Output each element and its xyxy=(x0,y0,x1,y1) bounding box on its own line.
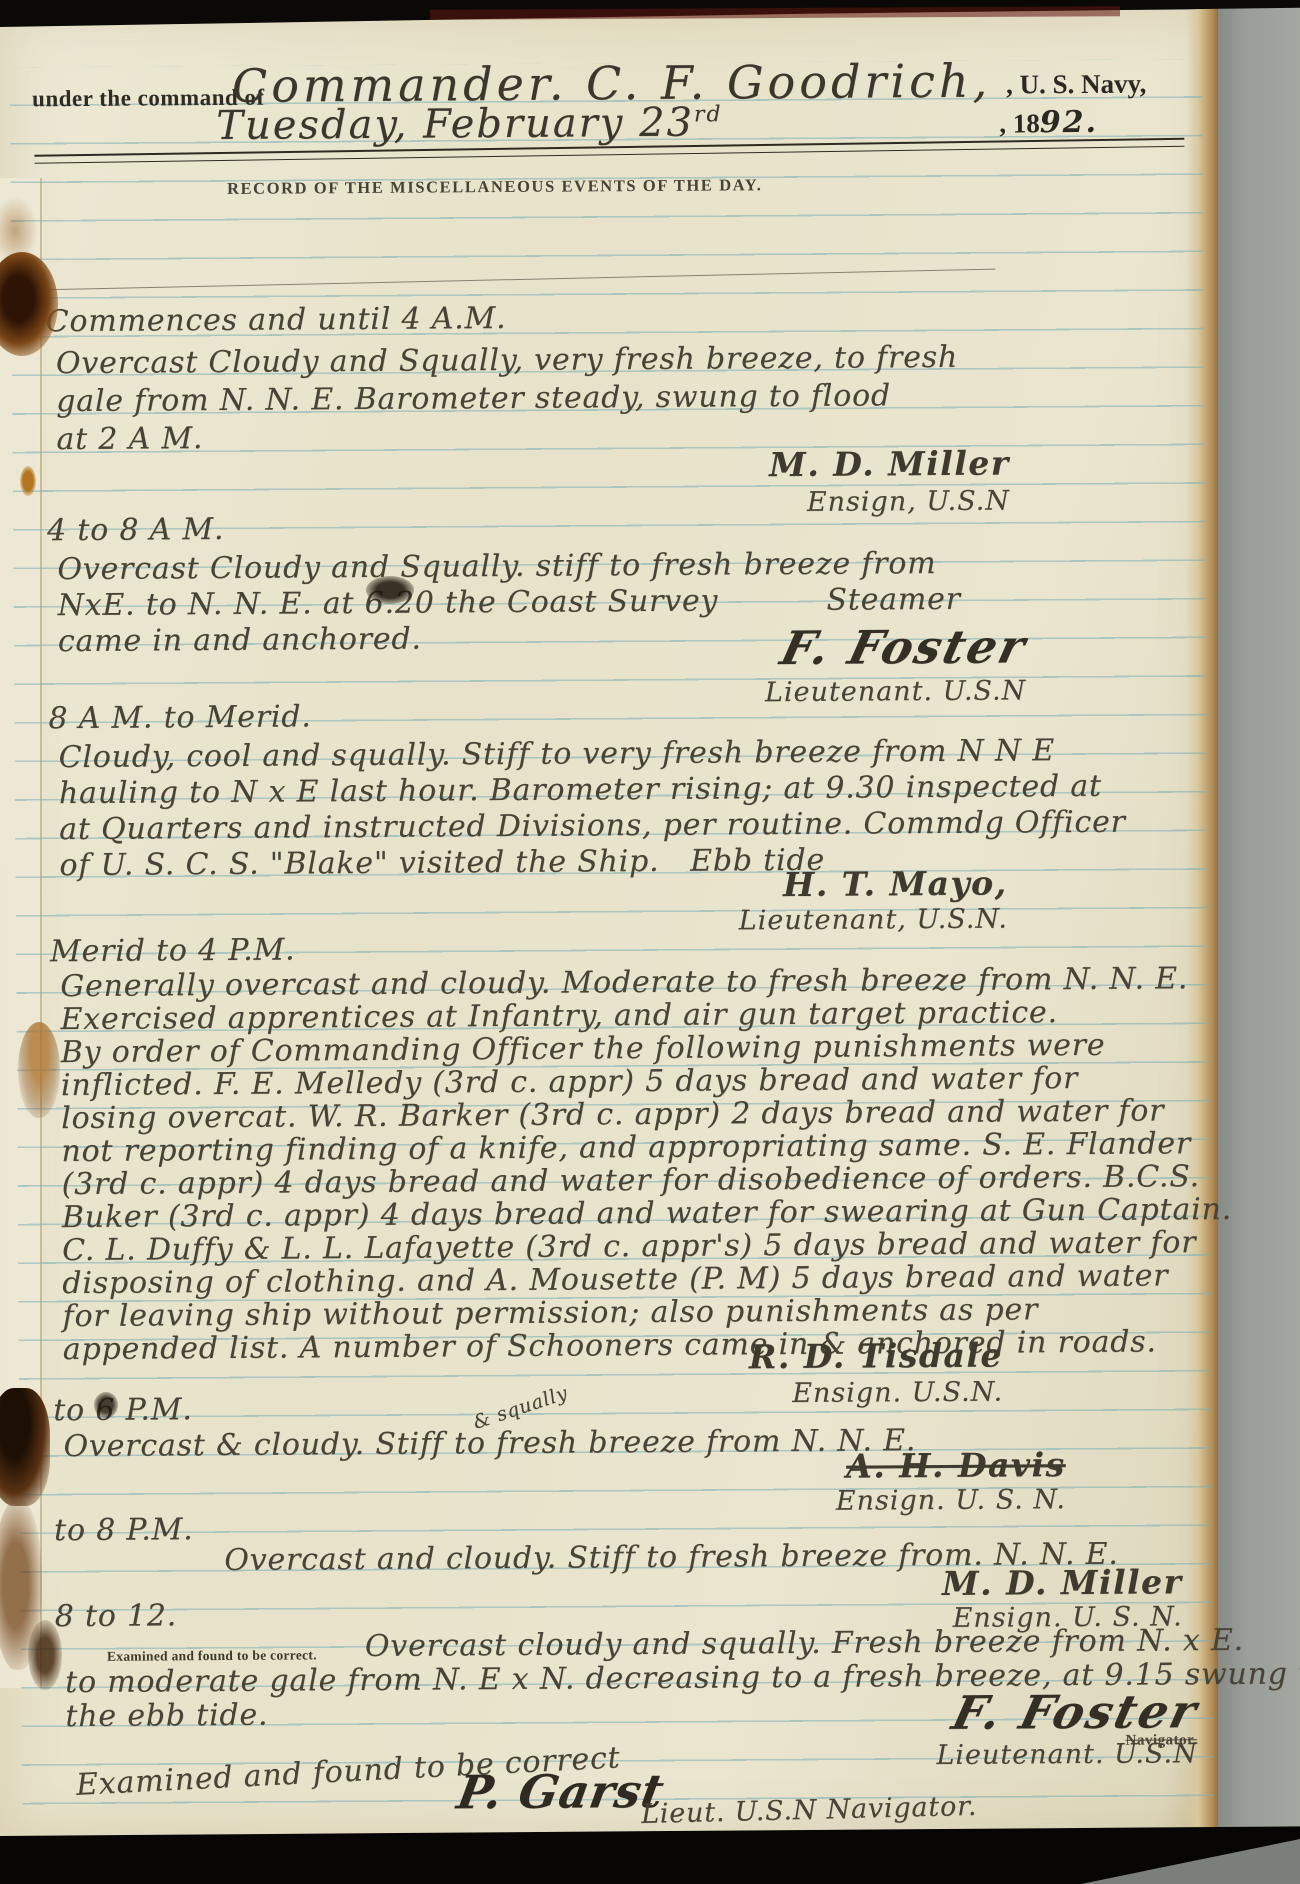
log-entry-8am-merid: 8 A M. to Merid. Cloudy, cool and squall… xyxy=(48,696,1219,884)
date-text: Tuesday, February 23 xyxy=(216,100,694,149)
scanned-logbook-page: under the command of Commander. C. F. Go… xyxy=(0,0,1300,1884)
entry-lines: Generally overcast and cloudy. Moderate … xyxy=(60,962,1223,1366)
signature-name: R. D. Tisdale xyxy=(749,1336,1003,1377)
entry-heading: Commences and until 4 A.M. xyxy=(46,299,1216,337)
navy-suffix: , U. S. Navy, xyxy=(1006,69,1146,101)
signature-foster-night: F. Foster Lieutenant. U.S.N xyxy=(936,1684,1198,1771)
signature-name: H. T. Mayo, xyxy=(738,864,1007,905)
date-ordinal: rd xyxy=(694,102,723,127)
signature-foster-morning: F. Foster Lieutenant. U.S.N xyxy=(764,619,1026,708)
footer-signature-garst: P. Garst xyxy=(453,1764,668,1820)
entry-lines: Cloudy, cool and squally. Stiff to very … xyxy=(59,732,1220,884)
entry-line: appended list. A number of Schooners cam… xyxy=(63,1325,1223,1366)
signature-name: F. Foster xyxy=(758,619,1032,675)
year-line: , 1892. xyxy=(999,105,1098,141)
printed-examined-note: Examined and found to be correct. xyxy=(107,1647,317,1664)
page-content: under the command of Commander. C. F. Go… xyxy=(0,0,1300,1884)
signature-name: M. D. Miller xyxy=(769,443,1010,484)
year-handwritten: 92. xyxy=(1040,105,1098,140)
entry-line: at 2 A M. xyxy=(56,413,1216,459)
entry-heading: 4 to 8 A M. xyxy=(47,508,1217,546)
struck-navigator-label: Navigator. xyxy=(1126,1732,1198,1749)
signature-davis: A. H. Davis Ensign. U. S. N. xyxy=(835,1445,1066,1517)
year-printed: , 18 xyxy=(999,108,1040,138)
log-entry-merid-4pm: Merid to 4 P.M. Generally overcast and c… xyxy=(50,929,1223,1366)
entry-lines: Overcast Cloudy and Squally, very fresh … xyxy=(56,337,1217,459)
entry-lines: Overcast Cloudy and Squally. stiff to fr… xyxy=(57,544,1218,660)
entry-heading: 8 A M. to Merid. xyxy=(48,696,1218,734)
signature-name: A. H. Davis xyxy=(835,1445,1065,1486)
signature-miller-midwatch: M. D. Miller Ensign, U.S.N xyxy=(769,443,1010,518)
signature-mayo: H. T. Mayo, Lieutenant, U.S.N. xyxy=(738,864,1008,937)
entry-line: disposing of clothing. and A. Mousette (… xyxy=(62,1259,1222,1300)
log-entry-4to8am: 4 to 8 A M. Overcast Cloudy and Squally.… xyxy=(47,508,1218,660)
date-handwritten: Tuesday, February 23rd xyxy=(216,99,723,149)
log-entry-commences: Commences and until 4 A.M. Overcast Clou… xyxy=(46,299,1217,459)
